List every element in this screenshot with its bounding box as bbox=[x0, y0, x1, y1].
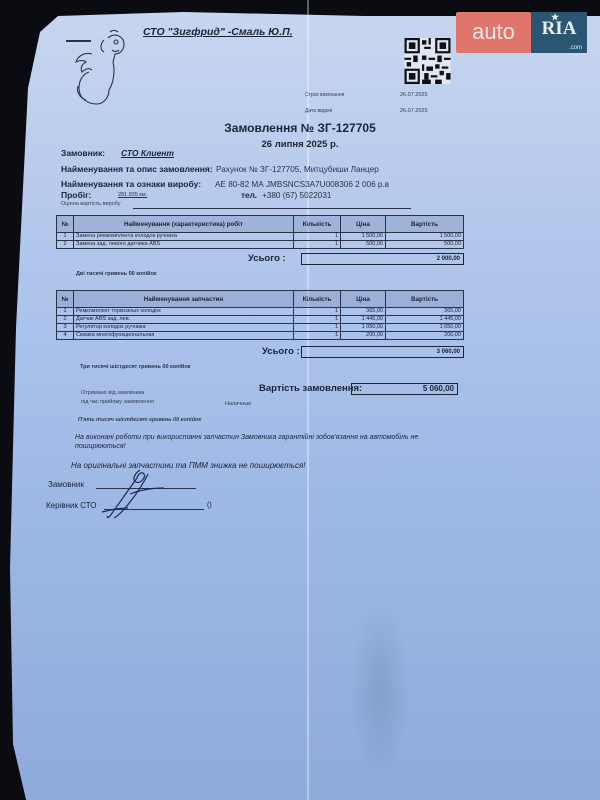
document-title: Замовлення № ЗГ-127705 bbox=[0, 121, 600, 135]
row-price: 365,00 bbox=[341, 308, 386, 316]
deadline-value: 26.07.2025 bbox=[400, 92, 428, 98]
table-row: 1Ремкомплект тормозных колодок1365,00365… bbox=[57, 308, 464, 316]
qr-code-icon bbox=[401, 38, 454, 84]
row-name: Замена ремкомплекта колодок ручника bbox=[74, 233, 294, 241]
received-line-1: Отримано від замовника bbox=[81, 390, 144, 396]
order-description-label: Найменування та опис замовлення: bbox=[61, 164, 213, 174]
parts-total-label: Усього : bbox=[262, 346, 300, 357]
watermark-com: .com bbox=[569, 44, 582, 52]
works-total-words: Дві тисячі гривень 00 копійок bbox=[76, 271, 157, 277]
table-row: 2Замена зад. левого датчика ABS1500,0050… bbox=[57, 241, 464, 249]
watermark-ria: ★ RIA .com bbox=[531, 12, 587, 53]
order-description-value: Рахунок № ЗГ-127705, Митцубиши Ланцер bbox=[216, 165, 379, 174]
row-number: 2 bbox=[57, 316, 74, 324]
customer-value: СТО Клиент bbox=[121, 148, 174, 158]
company-name: СТО "Зигфрид" -Смаль Ю.П. bbox=[143, 26, 293, 38]
works-col-number: № bbox=[57, 216, 74, 233]
row-cost: 500,00 bbox=[386, 241, 464, 249]
warranty-note-1: На виконані роботи при використанні запч… bbox=[75, 434, 418, 441]
parts-total-words: Три тисячі шістдесят гривень 00 копійок bbox=[80, 364, 190, 370]
row-cost: 1 445,00 bbox=[386, 316, 464, 324]
row-number: 1 bbox=[57, 233, 74, 241]
parts-table: № Найменування запчастин Кількість Ціна … bbox=[56, 290, 464, 340]
warranty-note-2: поширюються! bbox=[75, 443, 126, 450]
payment-method: Наличные bbox=[225, 401, 251, 407]
product-value: АЕ 80-82 МА JMBSNCS3A7U008306 2 006 р.в bbox=[215, 180, 389, 189]
row-name: Регулятор колодок ручника bbox=[74, 324, 294, 332]
row-qty: 1 bbox=[294, 308, 341, 316]
row-cost: 200,00 bbox=[386, 332, 464, 340]
row-price: 200,00 bbox=[341, 332, 386, 340]
row-price: 500,00 bbox=[341, 241, 386, 249]
manager-name-placeholder: () bbox=[207, 502, 212, 509]
table-row: 2Датчик ABS зад. лев.11 445,001 445,00 bbox=[57, 316, 464, 324]
row-price: 1 500,00 bbox=[341, 233, 386, 241]
handwritten-signature-icon bbox=[100, 468, 170, 520]
row-cost: 1 500,00 bbox=[386, 233, 464, 241]
row-qty: 1 bbox=[294, 241, 341, 249]
star-icon: ★ bbox=[551, 12, 559, 22]
row-price: 1 445,00 bbox=[341, 316, 386, 324]
mileage-label: Пробіг: bbox=[61, 190, 91, 200]
customer-signature-label: Замовник bbox=[48, 480, 84, 489]
row-name: Датчик ABS зад. лев. bbox=[74, 316, 294, 324]
paper-smudge bbox=[350, 600, 410, 780]
row-number: 4 bbox=[57, 332, 74, 340]
paper-fold bbox=[307, 0, 309, 800]
table-row: 1Замена ремкомплекта колодок ручника11 5… bbox=[57, 233, 464, 241]
phone-label: тел. bbox=[241, 191, 257, 200]
works-table: № Найменування (характеристика) робіт Кі… bbox=[56, 215, 464, 249]
issue-date-label: Дата видачі bbox=[305, 108, 332, 114]
row-qty: 1 bbox=[294, 332, 341, 340]
parts-col-cost: Вартість bbox=[386, 291, 464, 308]
parts-col-price: Ціна bbox=[341, 291, 386, 308]
row-number: 1 bbox=[57, 308, 74, 316]
table-row: 4Смазка многофункциональная1200,00200,00 bbox=[57, 332, 464, 340]
row-qty: 1 bbox=[294, 316, 341, 324]
works-col-price: Ціна bbox=[341, 216, 386, 233]
received-line-2: під час прийому замовлення bbox=[81, 399, 154, 405]
row-number: 2 bbox=[57, 241, 74, 249]
row-name: Смазка многофункциональная bbox=[74, 332, 294, 340]
row-cost: 1 050,00 bbox=[386, 324, 464, 332]
deadline-label: Строк виконання bbox=[305, 92, 344, 98]
order-total-words: П'ять тисяч шістдесят гривень 00 копійок bbox=[78, 417, 201, 423]
row-name: Замена зад. левого датчика ABS bbox=[74, 241, 294, 249]
row-name: Ремкомплект тормозных колодок bbox=[74, 308, 294, 316]
manager-signature-label: Керівник СТО bbox=[46, 501, 96, 510]
works-col-qty: Кількість bbox=[294, 216, 341, 233]
parts-col-name: Найменування запчастин bbox=[74, 291, 294, 308]
dragon-logo-icon bbox=[68, 28, 136, 108]
row-price: 1 050,00 bbox=[341, 324, 386, 332]
phone-value: +380 (67) 5022031 bbox=[262, 191, 331, 200]
works-col-name: Найменування (характеристика) робіт bbox=[74, 216, 294, 233]
works-col-cost: Вартість bbox=[386, 216, 464, 233]
row-qty: 1 bbox=[294, 324, 341, 332]
works-total-label: Усього : bbox=[248, 253, 286, 264]
works-total-value: 2 000,00 bbox=[301, 253, 464, 265]
row-qty: 1 bbox=[294, 233, 341, 241]
product-label: Найменування та ознаки виробу: bbox=[61, 179, 201, 189]
customer-label: Замовник: bbox=[61, 148, 105, 158]
order-cost-value: 5 060,00 bbox=[351, 383, 458, 395]
estimate-label: Оцінна вартість виробу bbox=[61, 201, 120, 207]
mileage-value: 281 835 км. bbox=[118, 192, 147, 198]
watermark-auto: auto bbox=[456, 12, 531, 53]
parts-total-value: 3 060,00 bbox=[301, 346, 464, 358]
table-row: 3Регулятор колодок ручника11 050,001 050… bbox=[57, 324, 464, 332]
parts-col-qty: Кількість bbox=[294, 291, 341, 308]
estimate-line bbox=[133, 208, 411, 209]
row-cost: 365,00 bbox=[386, 308, 464, 316]
issue-date-value: 26.07.2025 bbox=[400, 108, 428, 114]
order-cost-label: Вартість замовлення: bbox=[259, 383, 362, 394]
row-number: 3 bbox=[57, 324, 74, 332]
parts-col-number: № bbox=[57, 291, 74, 308]
